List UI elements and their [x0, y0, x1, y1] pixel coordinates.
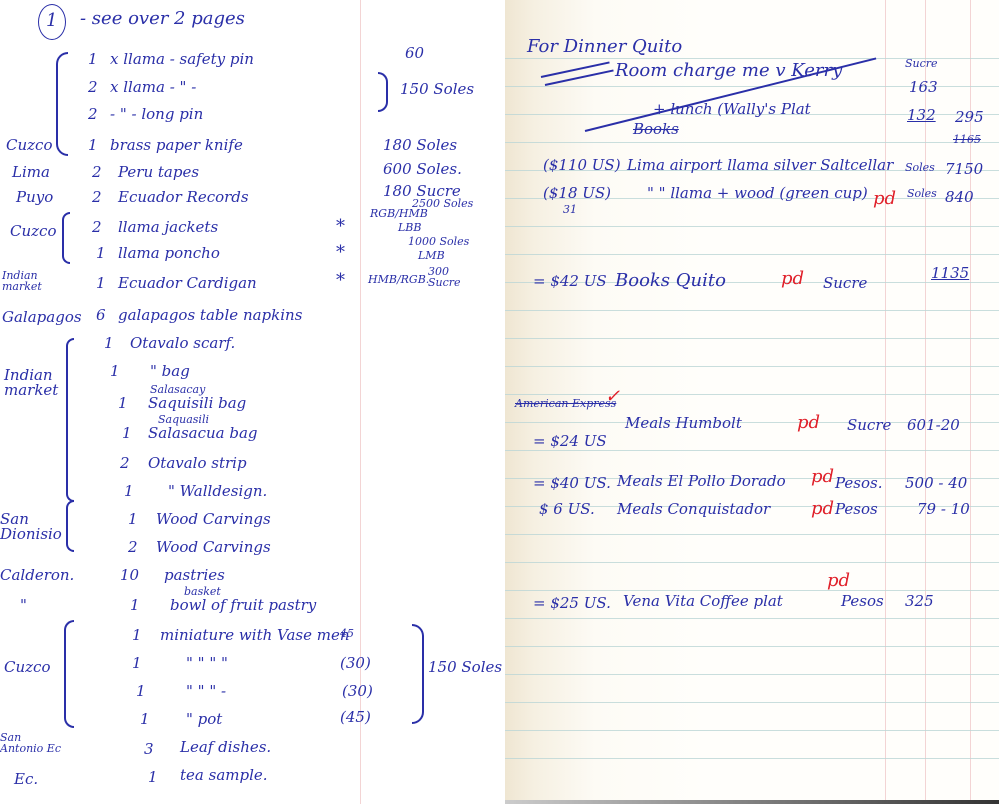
- item-desc: Saquisili bag: [148, 396, 246, 411]
- title-underline: [541, 61, 610, 78]
- line-rule: [505, 534, 999, 535]
- item-qty: 2: [92, 165, 102, 180]
- item-desc: - " - long pin: [110, 107, 203, 122]
- line-currency: Pesos.: [835, 476, 883, 491]
- line-desc: " " llama + wood (green cup): [647, 186, 868, 201]
- line-desc: Meals El Pollo Dorado: [617, 474, 786, 489]
- asterisk-mark: *: [336, 244, 345, 262]
- line-desc: + lunch (Wally's Plat: [653, 102, 811, 117]
- item-desc: Ecuador Records: [118, 190, 249, 205]
- item-desc: llama poncho: [118, 246, 220, 261]
- item-qty: 1: [132, 628, 142, 643]
- item-qty: 2: [128, 540, 138, 555]
- item-qty: 2: [92, 220, 102, 235]
- item-price: (30): [342, 684, 373, 699]
- line-currency: Pesos: [841, 594, 884, 609]
- item-place: Cuzco: [6, 138, 52, 153]
- note-text: HMB/RGB.: [368, 274, 429, 285]
- item-desc: Wood Carvings: [156, 540, 271, 555]
- item-place: ": [20, 598, 27, 613]
- item-desc: x llama - safety pin: [110, 52, 254, 67]
- item-desc: x llama - " -: [110, 80, 196, 95]
- line-amount: 132: [907, 108, 936, 123]
- paid-mark: pd: [827, 572, 850, 590]
- line-rule: [505, 394, 999, 395]
- paid-mark: pd: [781, 270, 804, 288]
- line-usd: = $24 US: [533, 434, 607, 449]
- line-amount: 840: [945, 190, 974, 205]
- line-amount: 7150: [945, 162, 983, 177]
- item-desc: brass paper knife: [110, 138, 243, 153]
- line-desc: Meals Humbolt: [625, 416, 742, 431]
- line-total: 295: [955, 110, 984, 125]
- item-place: Cuzco: [4, 660, 50, 675]
- item-price: (45): [340, 710, 371, 725]
- line-rule: [505, 366, 999, 367]
- paid-mark: pd: [811, 500, 834, 518]
- item-place: Galapagos: [2, 310, 82, 325]
- line-rule: [505, 730, 999, 731]
- item-price: 300 Sucre: [428, 266, 468, 288]
- line-usd: = $25 US.: [533, 596, 611, 611]
- item-price: 180 Soles: [383, 138, 457, 153]
- item-place: Indian market: [2, 270, 62, 292]
- line-rule: [505, 646, 999, 647]
- page-header-note: - see over 2 pages: [80, 10, 245, 28]
- item-price: 1000 Soles: [408, 236, 469, 247]
- item-place: Indian market: [4, 368, 60, 398]
- item-qty: 1: [136, 684, 146, 699]
- item-price: 45: [340, 628, 354, 639]
- line-amount: 1135: [931, 266, 969, 281]
- item-place: Ec.: [14, 772, 38, 787]
- line-rule: [505, 338, 999, 339]
- line-currency: Soles: [905, 162, 935, 173]
- line-currency: Pesos: [835, 502, 878, 517]
- asterisk-mark: *: [336, 218, 345, 236]
- line-amount: 500 - 40: [905, 476, 967, 491]
- item-desc: Wood Carvings: [156, 512, 271, 527]
- line-rule: [505, 226, 999, 227]
- line-desc: Books: [633, 122, 679, 137]
- line-rule: [505, 590, 999, 591]
- item-desc: " Walldesign.: [168, 484, 267, 499]
- line-currency: Sucre: [823, 276, 867, 291]
- item-price: 2500 Soles: [412, 198, 473, 209]
- item-qty: 1: [110, 364, 120, 379]
- item-qty: 6: [96, 308, 106, 323]
- note-text: LMB: [418, 250, 445, 261]
- line-desc: Room charge me v Kerry: [615, 62, 842, 80]
- line-desc: Vena Vita Coffee plat: [623, 594, 783, 609]
- line-rule: [505, 674, 999, 675]
- item-desc: " pot: [186, 712, 222, 727]
- item-place: Calderon.: [0, 568, 74, 583]
- group-brace-right: [412, 624, 424, 724]
- item-desc: Ecuador Cardigan: [118, 276, 257, 291]
- item-qty: 2: [88, 107, 98, 122]
- item-qty: 3: [144, 742, 154, 757]
- group-brace-right: [378, 72, 388, 112]
- page-title: For Dinner Quito: [527, 38, 682, 56]
- column-rule: [885, 0, 886, 804]
- item-place: San Dionisio: [0, 512, 56, 542]
- currency-header: Sucre: [905, 58, 938, 69]
- item-desc: llama jackets: [118, 220, 218, 235]
- item-qty: 2: [88, 80, 98, 95]
- line-rule: [505, 562, 999, 563]
- line-rule: [505, 142, 999, 143]
- page-bottom-edge: [505, 800, 999, 804]
- item-place: Cuzco: [10, 224, 56, 239]
- item-place: Puyo: [16, 190, 53, 205]
- item-qty: 1: [88, 52, 98, 67]
- group-total: 150 Soles: [428, 660, 502, 675]
- line-usd: = $40 US.: [533, 476, 611, 491]
- item-desc: Otavalo scarf.: [130, 336, 235, 351]
- line-rule: [505, 310, 999, 311]
- line-currency: Sucre: [847, 418, 891, 433]
- line-usd: ($18 US): [543, 186, 611, 201]
- line-rule: [505, 254, 999, 255]
- group-brace: [56, 52, 68, 156]
- item-qty: 1: [122, 426, 132, 441]
- line-rule: [505, 702, 999, 703]
- item-desc: miniature with Vase men: [160, 628, 350, 643]
- group-brace: [66, 500, 74, 552]
- note-sub: LBB: [398, 222, 421, 233]
- item-desc: Peru tapes: [118, 165, 199, 180]
- line-usd: = $42 US: [533, 274, 607, 289]
- item-desc: " " " ": [186, 656, 228, 671]
- item-place: Lima: [12, 165, 50, 180]
- item-desc: " " " -: [186, 684, 226, 699]
- left-notebook-page: 1 - see over 2 pages 1 x llama - safety …: [0, 0, 505, 804]
- item-price: 600 Soles.: [383, 162, 462, 177]
- line-usd: ($110 US): [543, 158, 621, 173]
- line-usd: $ 6 US.: [539, 502, 595, 517]
- line-rule: [505, 758, 999, 759]
- item-qty: 1: [118, 396, 128, 411]
- group-brace: [66, 338, 74, 502]
- group-total: 150 Soles: [400, 82, 474, 97]
- item-desc: Salasacua bag: [148, 426, 258, 441]
- item-qty: 10: [120, 568, 139, 583]
- item-qty: 2: [120, 456, 130, 471]
- item-desc: Otavalo strip: [148, 456, 247, 471]
- item-desc: galapagos table napkins: [118, 308, 302, 323]
- line-desc: Lima airport llama silver Saltcellar: [627, 158, 893, 173]
- line-currency: Soles: [907, 188, 937, 199]
- line-label: American Express: [515, 398, 616, 409]
- item-qty: 1: [96, 246, 106, 261]
- item-qty: 1: [132, 656, 142, 671]
- check-mark: ✓: [605, 388, 620, 406]
- line-amount: 163: [909, 80, 938, 95]
- item-qty: 1: [140, 712, 150, 727]
- line-usd-note: 31: [563, 204, 577, 215]
- item-place: San Antonio Ec: [0, 732, 62, 754]
- paid-mark: pd: [811, 468, 834, 486]
- right-notebook-page: For Dinner Quito Sucre Room charge me v …: [505, 0, 999, 804]
- item-qty: 1: [104, 336, 114, 351]
- asterisk-mark: *: [336, 272, 345, 290]
- item-desc: bowl of fruit pastry: [170, 598, 316, 613]
- item-desc: tea sample.: [180, 768, 268, 783]
- line-desc: Meals Conquistador: [617, 502, 770, 517]
- paid-mark: pd: [873, 190, 896, 208]
- item-price: 60: [405, 46, 424, 61]
- item-qty: 1: [124, 484, 134, 499]
- item-qty: 1: [96, 276, 106, 291]
- line-rule: [505, 450, 999, 451]
- item-qty: 1: [88, 138, 98, 153]
- line-amount: 325: [905, 594, 934, 609]
- item-qty: 1: [130, 598, 140, 613]
- item-desc: Leaf dishes.: [180, 740, 271, 755]
- item-qty: 2: [92, 190, 102, 205]
- line-rule: [505, 618, 999, 619]
- item-qty: 1: [148, 770, 158, 785]
- line-desc: Books Quito: [615, 272, 726, 290]
- group-brace: [62, 212, 70, 264]
- item-desc: " bag: [150, 364, 190, 379]
- line-amount: 601-20: [907, 418, 960, 433]
- line-amount: 79 - 10: [917, 502, 970, 517]
- item-price: (30): [340, 656, 371, 671]
- item-qty: 1: [128, 512, 138, 527]
- group-brace: [64, 620, 74, 728]
- paid-mark: pd: [797, 414, 820, 432]
- item-desc: pastries: [164, 568, 225, 583]
- struck-total: 1165: [953, 134, 981, 145]
- page-number: 1: [46, 12, 57, 30]
